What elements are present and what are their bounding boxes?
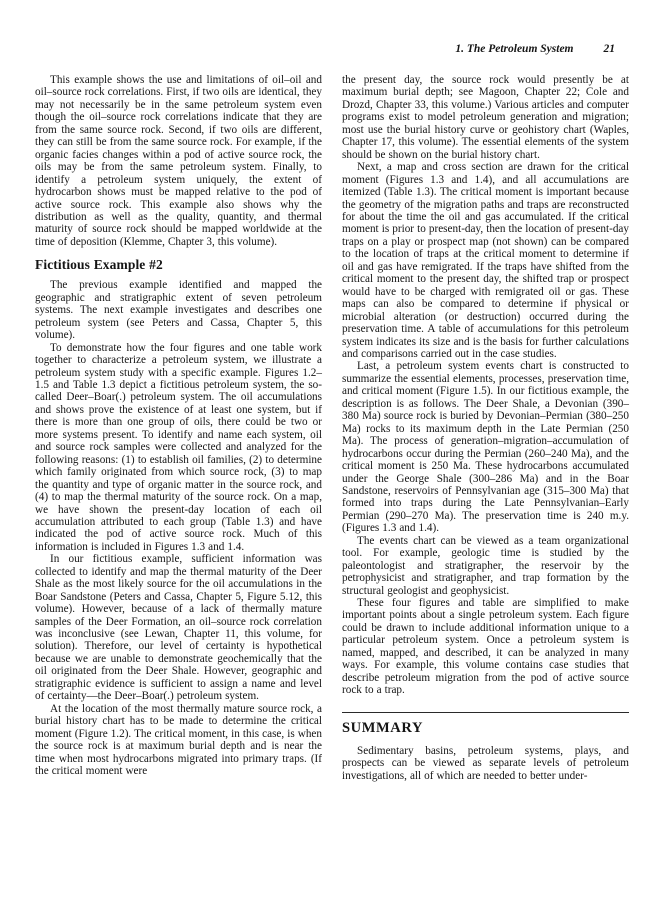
section-heading-summary: SUMMARY — [342, 720, 629, 736]
body-paragraph: the present day, the source rock would p… — [342, 74, 629, 161]
body-paragraph: At the location of the most thermally ma… — [35, 703, 322, 778]
body-paragraph: Last, a petroleum system events chart is… — [342, 360, 629, 534]
summary-divider — [342, 712, 629, 713]
body-paragraph: The previous example identified and mapp… — [35, 279, 322, 341]
page-header: 1. The Petroleum System21 — [35, 43, 615, 56]
right-column: the present day, the source rock would p… — [342, 74, 629, 782]
body-paragraph: This example shows the use and limitatio… — [35, 74, 322, 248]
summary-section: SUMMARY Sedimentary basins, petroleum sy… — [342, 712, 629, 782]
body-paragraph: To demonstrate how the four figures and … — [35, 342, 322, 554]
left-column: This example shows the use and limitatio… — [35, 74, 322, 777]
body-paragraph: These four figures and table are simplif… — [342, 597, 629, 697]
section-heading-fictitious-example-2: Fictitious Example #2 — [35, 257, 322, 272]
body-paragraph: Sedimentary basins, petroleum systems, p… — [342, 745, 629, 782]
running-title: 1. The Petroleum System — [455, 43, 573, 55]
page-number: 21 — [604, 43, 616, 56]
body-paragraph: In our fictitious example, sufficient in… — [35, 553, 322, 702]
body-paragraph: The events chart can be viewed as a team… — [342, 535, 629, 597]
body-paragraph: Next, a map and cross section are drawn … — [342, 161, 629, 360]
